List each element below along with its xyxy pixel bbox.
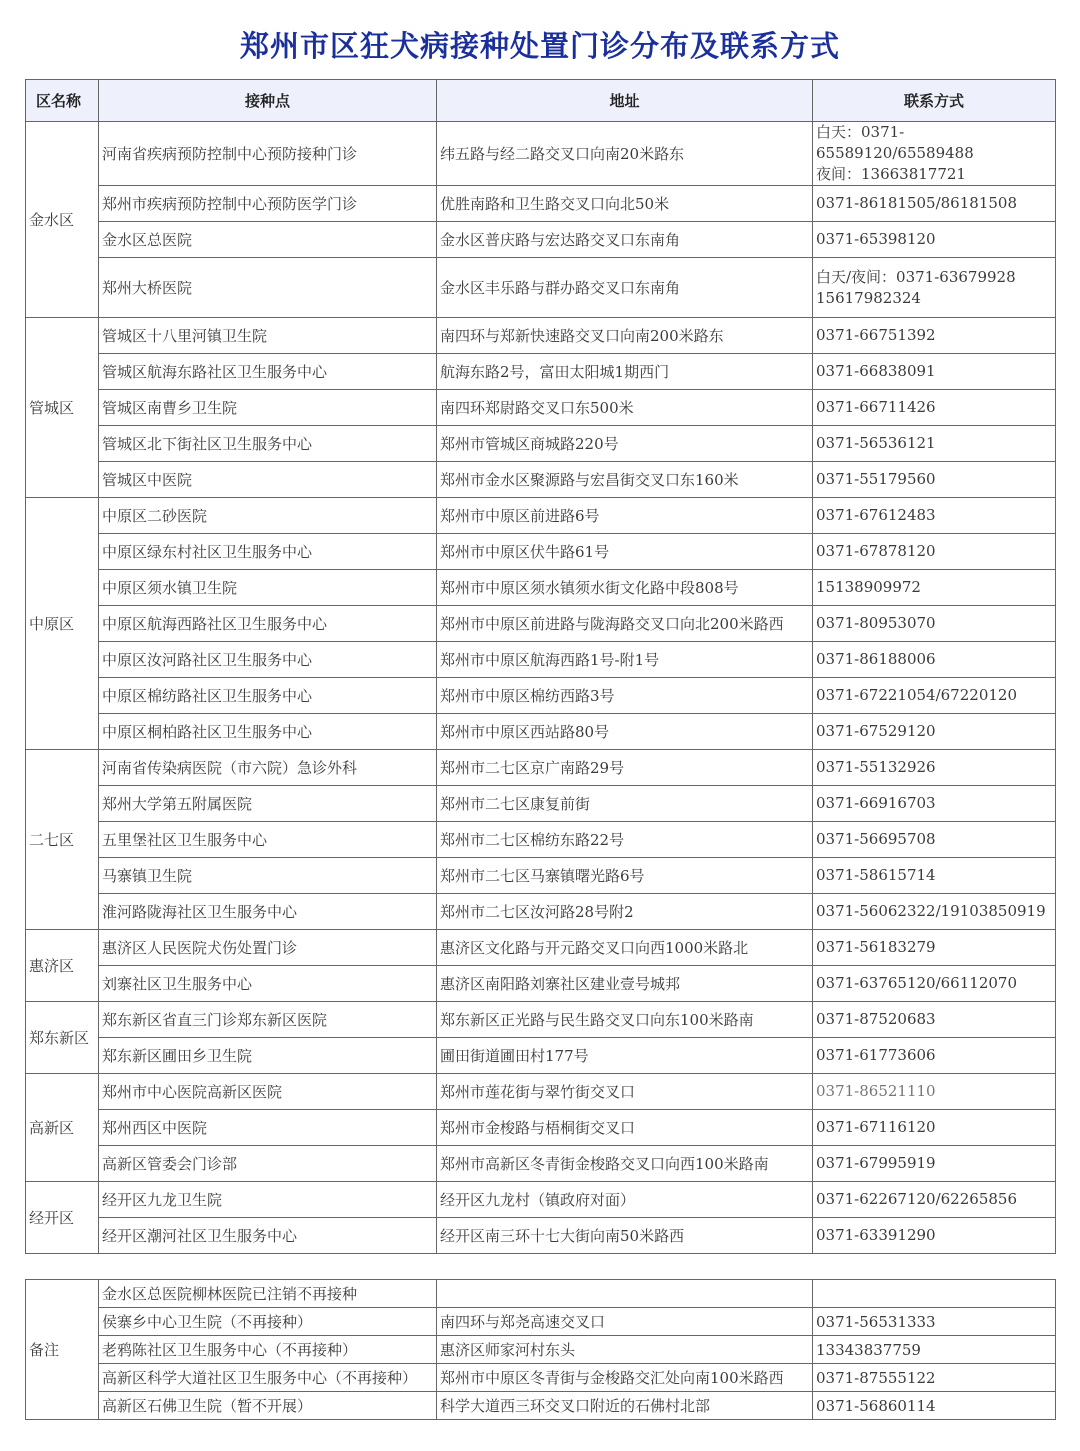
- cell-address: 郑州市金梭路与梧桐街交叉口: [437, 1110, 813, 1146]
- notes-table: 备注金水区总医院柳林医院已注销不再接种侯寨乡中心卫生院（不再接种）南四环与郑尧高…: [25, 1279, 1056, 1420]
- table-row: 管城区南曹乡卫生院南四环郑尉路交叉口东500米0371-66711426: [26, 390, 1056, 426]
- cell-address: 郑州市二七区康复前街: [437, 786, 813, 822]
- note-row: 老鸦陈社区卫生服务中心（不再接种）惠济区师家河村东头13343837759: [26, 1336, 1056, 1364]
- table-header-row: 区名称 接种点 地址 联系方式: [26, 80, 1056, 122]
- table-row: 五里堡社区卫生服务中心郑州市二七区棉纺东路22号0371-56695708: [26, 822, 1056, 858]
- cell-address: 航海东路2号，富田太阳城1期西门: [437, 354, 813, 390]
- cell-site: 郑东新区圃田乡卫生院: [99, 1038, 437, 1074]
- cell-contact: 0371-55132926: [813, 750, 1056, 786]
- cell-address: 南四环与郑新快速路交叉口向南200米路东: [437, 318, 813, 354]
- note-cell-address: [437, 1280, 813, 1308]
- cell-address: 郑州市中原区前进路6号: [437, 498, 813, 534]
- cell-site: 五里堡社区卫生服务中心: [99, 822, 437, 858]
- cell-site: 管城区北下街社区卫生服务中心: [99, 426, 437, 462]
- note-cell-site: 高新区石佛卫生院（暂不开展）: [99, 1392, 437, 1420]
- table-row: 经开区潮河社区卫生服务中心经开区南三环十七大街向南50米路西0371-63391…: [26, 1218, 1056, 1254]
- cell-site: 管城区十八里河镇卫生院: [99, 318, 437, 354]
- cell-contact: 15138909972: [813, 570, 1056, 606]
- table-row: 马寨镇卫生院郑州市二七区马寨镇曙光路6号0371-58615714: [26, 858, 1056, 894]
- note-cell-address: 南四环与郑尧高速交叉口: [437, 1308, 813, 1336]
- cell-contact: 0371-67612483: [813, 498, 1056, 534]
- cell-contact: 0371-62267120/62265856: [813, 1182, 1056, 1218]
- cell-site: 管城区中医院: [99, 462, 437, 498]
- note-cell-contact: 13343837759: [813, 1336, 1056, 1364]
- cell-contact: 0371-63391290: [813, 1218, 1056, 1254]
- table-row: 刘寨社区卫生服务中心惠济区南阳路刘寨社区建业壹号城邦0371-63765120/…: [26, 966, 1056, 1002]
- cell-contact: 0371-67995919: [813, 1146, 1056, 1182]
- cell-site: 惠济区人民医院犬伤处置门诊: [99, 930, 437, 966]
- cell-site: 中原区棉纺路社区卫生服务中心: [99, 678, 437, 714]
- note-cell-contact: 0371-56531333: [813, 1308, 1056, 1336]
- cell-contact: 白天/夜间：0371-63679928 15617982324: [813, 258, 1056, 318]
- cell-address: 郑州市二七区京广南路29号: [437, 750, 813, 786]
- table-row: 中原区桐柏路社区卫生服务中心郑州市中原区西站路80号0371-67529120: [26, 714, 1056, 750]
- cell-contact: 0371-56062322/19103850919: [813, 894, 1056, 930]
- note-cell-contact: 0371-87555122: [813, 1364, 1056, 1392]
- cell-contact: 0371-80953070: [813, 606, 1056, 642]
- cell-address: 惠济区南阳路刘寨社区建业壹号城邦: [437, 966, 813, 1002]
- cell-site: 郑州西区中医院: [99, 1110, 437, 1146]
- table-row: 管城区北下街社区卫生服务中心郑州市管城区商城路220号0371-56536121: [26, 426, 1056, 462]
- notes-label: 备注: [26, 1280, 99, 1420]
- cell-contact: 0371-86181505/86181508: [813, 186, 1056, 222]
- note-row: 侯寨乡中心卫生院（不再接种）南四环与郑尧高速交叉口0371-56531333: [26, 1308, 1056, 1336]
- cell-site: 郑州大桥医院: [99, 258, 437, 318]
- table-row: 郑东新区圃田乡卫生院圃田街道圃田村177号0371-61773606: [26, 1038, 1056, 1074]
- cell-contact: 0371-66838091: [813, 354, 1056, 390]
- cell-address: 南四环郑尉路交叉口东500米: [437, 390, 813, 426]
- cell-site: 中原区绿东村社区卫生服务中心: [99, 534, 437, 570]
- page-title: 郑州市区狂犬病接种处置门诊分布及联系方式: [0, 24, 1080, 65]
- table-row: 金水区总医院金水区普庆路与宏达路交叉口东南角0371-65398120: [26, 222, 1056, 258]
- cell-address: 纬五路与经二路交叉口向南20米路东: [437, 122, 813, 186]
- cell-contact: 0371-67878120: [813, 534, 1056, 570]
- cell-address: 经开区南三环十七大街向南50米路西: [437, 1218, 813, 1254]
- cell-address: 郑州市金水区聚源路与宏昌街交叉口东160米: [437, 462, 813, 498]
- header-contact: 联系方式: [813, 80, 1056, 122]
- cell-address: 郑州市二七区马寨镇曙光路6号: [437, 858, 813, 894]
- cell-contact: 0371-61773606: [813, 1038, 1056, 1074]
- header-site: 接种点: [99, 80, 437, 122]
- district-name: 惠济区: [26, 930, 99, 1002]
- note-cell-site: 侯寨乡中心卫生院（不再接种）: [99, 1308, 437, 1336]
- table-row: 高新区郑州市中心医院高新区医院郑州市莲花街与翠竹街交叉口0371-8652111…: [26, 1074, 1056, 1110]
- cell-address: 经开区九龙村（镇政府对面）: [437, 1182, 813, 1218]
- cell-site: 河南省传染病医院（市六院）急诊外科: [99, 750, 437, 786]
- table-row: 高新区管委会门诊部郑州市高新区冬青街金梭路交叉口向西100米路南0371-679…: [26, 1146, 1056, 1182]
- cell-contact: 白天：0371-65589120/65589488 夜间：13663817721: [813, 122, 1056, 186]
- cell-contact: 0371-66751392: [813, 318, 1056, 354]
- cell-site: 中原区航海西路社区卫生服务中心: [99, 606, 437, 642]
- cell-site: 中原区二砂医院: [99, 498, 437, 534]
- district-name: 金水区: [26, 122, 99, 318]
- cell-contact: 0371-87520683: [813, 1002, 1056, 1038]
- cell-address: 圃田街道圃田村177号: [437, 1038, 813, 1074]
- cell-site: 中原区汝河路社区卫生服务中心: [99, 642, 437, 678]
- table-row: 郑州市疾病预防控制中心预防医学门诊优胜南路和卫生路交叉口向北50米0371-86…: [26, 186, 1056, 222]
- cell-contact: 0371-66711426: [813, 390, 1056, 426]
- cell-site: 郑州市中心医院高新区医院: [99, 1074, 437, 1110]
- district-name: 管城区: [26, 318, 99, 498]
- note-cell-address: 惠济区师家河村东头: [437, 1336, 813, 1364]
- cell-address: 郑州市二七区汝河路28号附2: [437, 894, 813, 930]
- cell-site: 郑州大学第五附属医院: [99, 786, 437, 822]
- cell-contact: 0371-65398120: [813, 222, 1056, 258]
- cell-address: 郑州市中原区棉纺西路3号: [437, 678, 813, 714]
- district-name: 二七区: [26, 750, 99, 930]
- table-row: 淮河路陇海社区卫生服务中心郑州市二七区汝河路28号附20371-56062322…: [26, 894, 1056, 930]
- note-cell-site: 高新区科学大道社区卫生服务中心（不再接种）: [99, 1364, 437, 1392]
- cell-address: 郑州市二七区棉纺东路22号: [437, 822, 813, 858]
- table-row: 金水区河南省疾病预防控制中心预防接种门诊纬五路与经二路交叉口向南20米路东白天：…: [26, 122, 1056, 186]
- cell-site: 中原区须水镇卫生院: [99, 570, 437, 606]
- note-row: 高新区石佛卫生院（暂不开展）科学大道西三环交叉口附近的石佛村北部0371-568…: [26, 1392, 1056, 1420]
- table-row: 中原区棉纺路社区卫生服务中心郑州市中原区棉纺西路3号0371-67221054/…: [26, 678, 1056, 714]
- cell-site: 河南省疾病预防控制中心预防接种门诊: [99, 122, 437, 186]
- cell-site: 郑东新区省直三门诊郑东新区医院: [99, 1002, 437, 1038]
- cell-site: 中原区桐柏路社区卫生服务中心: [99, 714, 437, 750]
- note-row: 备注金水区总医院柳林医院已注销不再接种: [26, 1280, 1056, 1308]
- cell-contact: 0371-56536121: [813, 426, 1056, 462]
- cell-address: 郑州市中原区须水镇须水街文化路中段808号: [437, 570, 813, 606]
- cell-site: 经开区潮河社区卫生服务中心: [99, 1218, 437, 1254]
- note-cell-site: 金水区总医院柳林医院已注销不再接种: [99, 1280, 437, 1308]
- cell-site: 管城区航海东路社区卫生服务中心: [99, 354, 437, 390]
- district-name: 高新区: [26, 1074, 99, 1182]
- district-name: 中原区: [26, 498, 99, 750]
- table-row: 中原区中原区二砂医院郑州市中原区前进路6号0371-67612483: [26, 498, 1056, 534]
- cell-site: 马寨镇卫生院: [99, 858, 437, 894]
- cell-address: 郑州市高新区冬青街金梭路交叉口向西100米路南: [437, 1146, 813, 1182]
- table-row: 郑州西区中医院郑州市金梭路与梧桐街交叉口0371-67116120: [26, 1110, 1056, 1146]
- table-row: 管城区管城区十八里河镇卫生院南四环与郑新快速路交叉口向南200米路东0371-6…: [26, 318, 1056, 354]
- cell-contact: 0371-58615714: [813, 858, 1056, 894]
- clinic-table: 区名称 接种点 地址 联系方式 金水区河南省疾病预防控制中心预防接种门诊纬五路与…: [25, 79, 1056, 1254]
- cell-site: 高新区管委会门诊部: [99, 1146, 437, 1182]
- cell-site: 经开区九龙卫生院: [99, 1182, 437, 1218]
- district-name: 经开区: [26, 1182, 99, 1254]
- table-row: 中原区绿东村社区卫生服务中心郑州市中原区伏牛路61号0371-67878120: [26, 534, 1056, 570]
- cell-site: 刘寨社区卫生服务中心: [99, 966, 437, 1002]
- cell-contact: 0371-67116120: [813, 1110, 1056, 1146]
- cell-contact: 0371-55179560: [813, 462, 1056, 498]
- cell-contact: 0371-67529120: [813, 714, 1056, 750]
- cell-contact: 0371-56183279: [813, 930, 1056, 966]
- cell-contact: 0371-67221054/67220120: [813, 678, 1056, 714]
- cell-contact: 0371-86188006: [813, 642, 1056, 678]
- note-row: 高新区科学大道社区卫生服务中心（不再接种）郑州市中原区冬青街与金梭路交汇处向南1…: [26, 1364, 1056, 1392]
- table-row: 郑州大桥医院金水区丰乐路与群办路交叉口东南角白天/夜间：0371-6367992…: [26, 258, 1056, 318]
- cell-contact: 0371-63765120/66112070: [813, 966, 1056, 1002]
- note-cell-contact: [813, 1280, 1056, 1308]
- cell-address: 郑州市莲花街与翠竹街交叉口: [437, 1074, 813, 1110]
- table-row: 管城区中医院郑州市金水区聚源路与宏昌街交叉口东160米0371-55179560: [26, 462, 1056, 498]
- note-cell-address: 郑州市中原区冬青街与金梭路交汇处向南100米路西: [437, 1364, 813, 1392]
- cell-address: 郑东新区正光路与民生路交叉口向东100米路南: [437, 1002, 813, 1038]
- table-row: 中原区航海西路社区卫生服务中心郑州市中原区前进路与陇海路交叉口向北200米路西0…: [26, 606, 1056, 642]
- cell-address: 郑州市中原区伏牛路61号: [437, 534, 813, 570]
- header-district: 区名称: [26, 80, 99, 122]
- table-row: 惠济区惠济区人民医院犬伤处置门诊惠济区文化路与开元路交叉口向西1000米路北03…: [26, 930, 1056, 966]
- cell-site: 金水区总医院: [99, 222, 437, 258]
- table-row: 管城区航海东路社区卫生服务中心航海东路2号，富田太阳城1期西门0371-6683…: [26, 354, 1056, 390]
- table-row: 经开区经开区九龙卫生院经开区九龙村（镇政府对面）0371-62267120/62…: [26, 1182, 1056, 1218]
- header-address: 地址: [437, 80, 813, 122]
- note-cell-address: 科学大道西三环交叉口附近的石佛村北部: [437, 1392, 813, 1420]
- cell-address: 金水区普庆路与宏达路交叉口东南角: [437, 222, 813, 258]
- note-cell-site: 老鸦陈社区卫生服务中心（不再接种）: [99, 1336, 437, 1364]
- table-row: 二七区河南省传染病医院（市六院）急诊外科郑州市二七区京广南路29号0371-55…: [26, 750, 1056, 786]
- cell-address: 金水区丰乐路与群办路交叉口东南角: [437, 258, 813, 318]
- table-row: 中原区汝河路社区卫生服务中心郑州市中原区航海西路1号-附1号0371-86188…: [26, 642, 1056, 678]
- cell-address: 郑州市中原区前进路与陇海路交叉口向北200米路西: [437, 606, 813, 642]
- district-name: 郑东新区: [26, 1002, 99, 1074]
- cell-site: 淮河路陇海社区卫生服务中心: [99, 894, 437, 930]
- cell-site: 管城区南曹乡卫生院: [99, 390, 437, 426]
- cell-site: 郑州市疾病预防控制中心预防医学门诊: [99, 186, 437, 222]
- table-row: 中原区须水镇卫生院郑州市中原区须水镇须水街文化路中段808号1513890997…: [26, 570, 1056, 606]
- cell-contact: 0371-66916703: [813, 786, 1056, 822]
- cell-address: 优胜南路和卫生路交叉口向北50米: [437, 186, 813, 222]
- cell-address: 郑州市中原区西站路80号: [437, 714, 813, 750]
- cell-address: 郑州市管城区商城路220号: [437, 426, 813, 462]
- note-cell-contact: 0371-56860114: [813, 1392, 1056, 1420]
- cell-address: 郑州市中原区航海西路1号-附1号: [437, 642, 813, 678]
- cell-contact: 0371-86521110: [813, 1074, 1056, 1110]
- table-row: 郑东新区郑东新区省直三门诊郑东新区医院郑东新区正光路与民生路交叉口向东100米路…: [26, 1002, 1056, 1038]
- cell-contact: 0371-56695708: [813, 822, 1056, 858]
- table-row: 郑州大学第五附属医院郑州市二七区康复前街0371-66916703: [26, 786, 1056, 822]
- cell-address: 惠济区文化路与开元路交叉口向西1000米路北: [437, 930, 813, 966]
